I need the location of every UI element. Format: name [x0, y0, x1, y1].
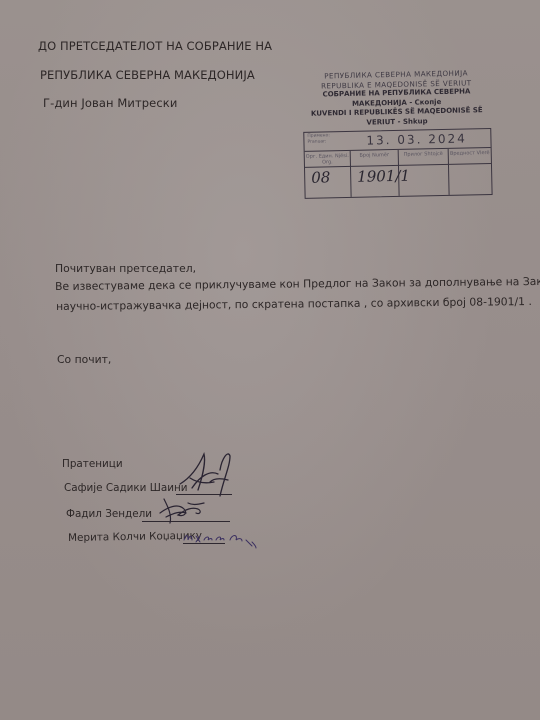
- addressee-name: Г-дин Јован Митрески: [43, 96, 177, 110]
- stamp-val-org-unit: 08: [305, 167, 352, 198]
- stamp-date: 13. 03. 2024: [366, 131, 467, 147]
- stamp-date-row: Примено: Pranuar: 13. 03. 2024: [304, 129, 490, 152]
- signature-2-icon: [150, 495, 220, 525]
- stamp-col-attachment: Прилог Shtojcë: [399, 149, 449, 166]
- date-label-al: Pranuar:: [307, 139, 330, 145]
- stamp-date-label: Примено: Pranuar:: [307, 133, 330, 145]
- closing: Со почит,: [57, 353, 111, 366]
- stamp-val-value: [449, 164, 492, 195]
- signature-3-icon: [182, 528, 264, 550]
- paragraph-line-2: научно-истражувачка дејност, по скратена…: [56, 295, 532, 313]
- registry-stamp: РЕПУБЛИКА СЕВЕРНА МАКЕДОНИЈА REPUBLIKA E…: [298, 68, 497, 199]
- addressee-line-2: РЕПУБЛИКА СЕВЕРНА МАКЕДОНИЈА: [40, 68, 255, 82]
- signatory-name-2: Фадил Зендели: [66, 508, 152, 520]
- document-page: ДО ПРЕТСЕДАТЕЛОТ НА СОБРАНИЕ НА РЕПУБЛИК…: [0, 0, 540, 720]
- greeting: Почитуван претседател,: [55, 262, 196, 275]
- addressee-line-1: ДО ПРЕТСЕДАТЕЛОТ НА СОБРАНИЕ НА: [38, 39, 272, 53]
- stamp-box: Примено: Pranuar: 13. 03. 2024 Орг. Един…: [303, 128, 492, 199]
- stamp-header-4: KUVENDI I REPUBLIKËS SË MAQEDONISË SË VE…: [299, 106, 495, 129]
- stamp-val-number: 1901/1: [351, 166, 400, 197]
- paragraph-line-1: Ве известуваме дека се приклучуваме кон …: [55, 274, 540, 293]
- stamp-val-attachment: [399, 165, 450, 196]
- signatories-label: Пратеници: [62, 458, 123, 470]
- stamp-grid: Орг. Един. Njësi. Org. Број Numër Прилог…: [305, 148, 492, 198]
- stamp-col-org-unit: Орг. Един. Njësi. Org.: [305, 151, 351, 168]
- stamp-col-number: Број Numër: [351, 150, 399, 167]
- stamp-col-value: Вредност Vlerë: [449, 148, 491, 165]
- signatory-name-1: Сафије Садики Шаини: [64, 482, 188, 494]
